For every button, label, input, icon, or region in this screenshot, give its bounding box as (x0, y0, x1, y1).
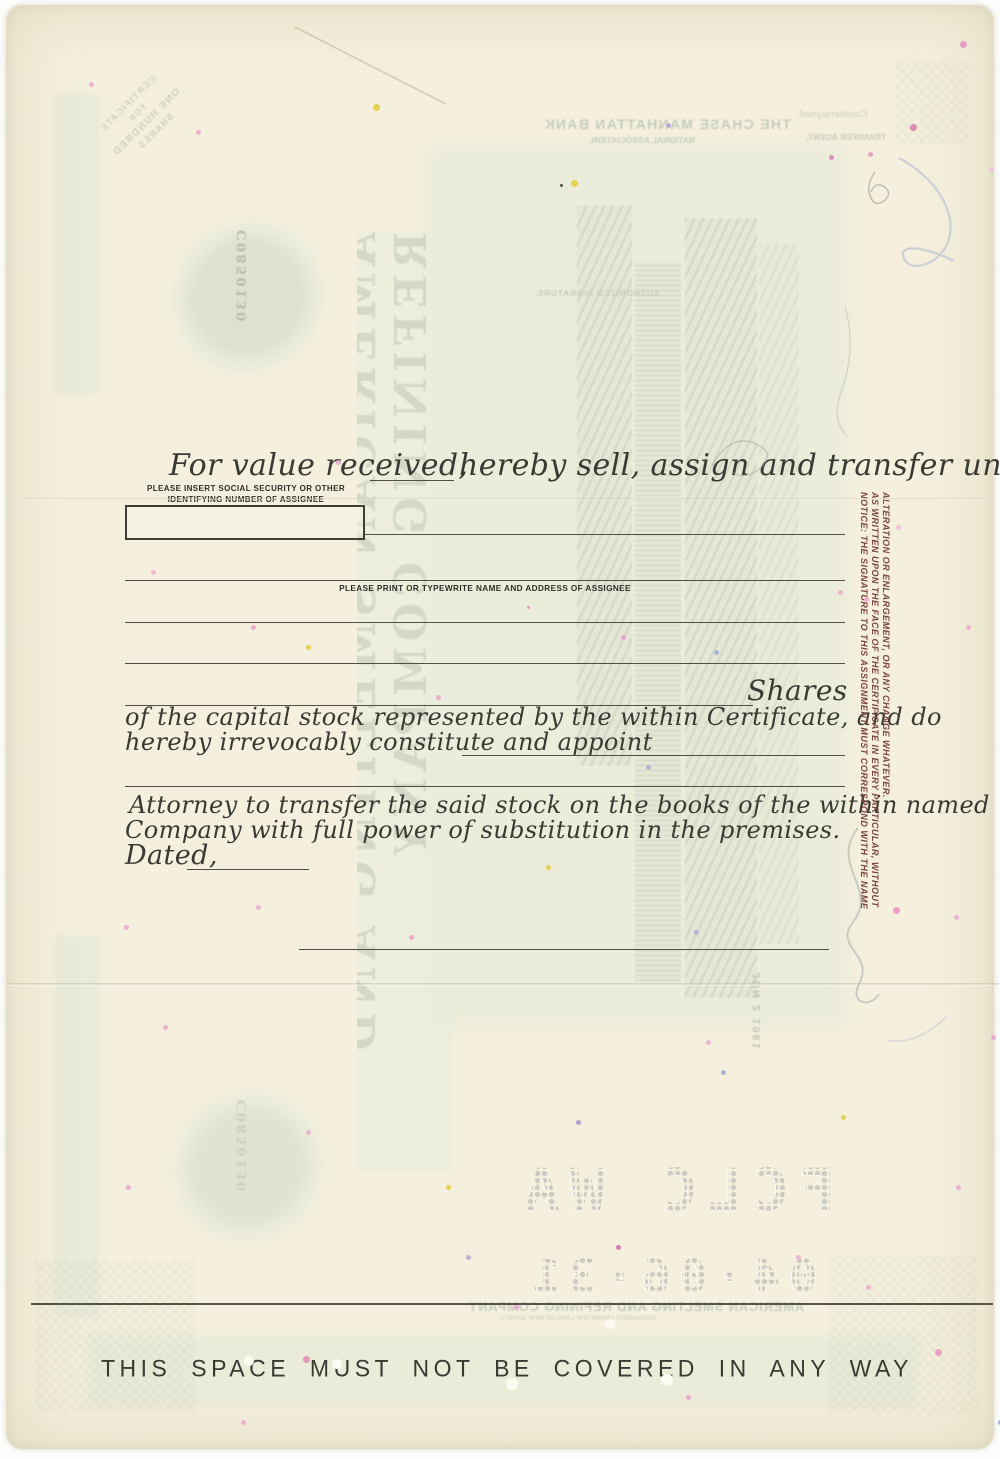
stock-certificate-back: CERTIFICATE FOR ONE HUNDRED SHARES C0850… (6, 5, 994, 1449)
handwriting-scribbles (7, 6, 1000, 1453)
pen-flourish (899, 158, 954, 266)
pencil-scribble (712, 441, 768, 476)
pencil-flourish (847, 828, 879, 1002)
pencil-mark-6 (869, 172, 889, 204)
pencil-scribble (837, 306, 850, 436)
pen-swash-bottom (887, 1016, 947, 1041)
punch-holes (7, 6, 11, 10)
